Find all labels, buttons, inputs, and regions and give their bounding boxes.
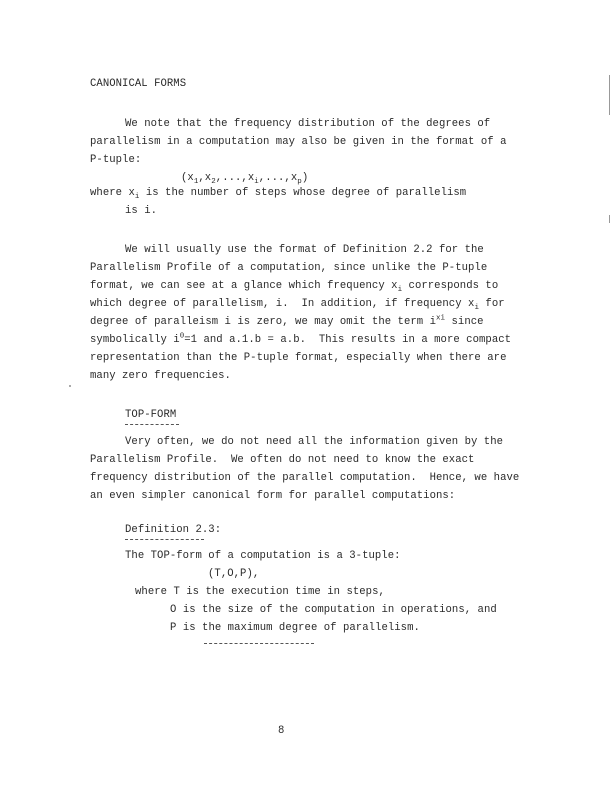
text: which degree of parallelism, i. In addit… <box>90 298 474 310</box>
top-form-tuple: (T,O,P), <box>208 568 259 580</box>
where-text-post: is the number of steps whose degree of p… <box>139 187 466 199</box>
para3-line2: Parallelism Profile. We often do not nee… <box>90 454 474 466</box>
text: degree of paralleism i is zero, we may o… <box>90 316 436 328</box>
scan-speck <box>69 385 71 387</box>
para1-where-line2: is i. <box>125 205 157 217</box>
definition-underline <box>125 539 204 540</box>
subsection-underline <box>125 424 179 425</box>
text: symbolically i <box>90 334 180 346</box>
para3-line3: frequency distribution of the parallel c… <box>90 472 519 484</box>
para2-line5: degree of paralleism i is zero, we may o… <box>90 316 484 328</box>
para3-line1: Very often, we do not need all the infor… <box>125 436 503 448</box>
definition-where3: P is the maximum degree of parallelism. <box>170 622 420 634</box>
section-title: CANONICAL FORMS <box>90 78 186 90</box>
para3-line4: an even simpler canonical form for paral… <box>90 490 455 502</box>
definition-where2: O is the size of the computation in oper… <box>170 604 497 616</box>
scan-edge-mark <box>609 75 610 115</box>
definition-where1: where T is the execution time in steps, <box>135 586 385 598</box>
para2-line2: Parallelism Profile of a computation, si… <box>90 262 487 274</box>
para1-line2: parallelism in a computation may also be… <box>90 136 506 148</box>
definition-line1: The TOP-form of a computation is a 3-tup… <box>125 550 401 562</box>
definition-title: Definition 2.3: <box>125 524 221 536</box>
para1-line3: P-tuple: <box>90 154 141 166</box>
para2-line1: We will usually use the format of Defini… <box>125 244 484 256</box>
text: corresponds to <box>402 280 498 292</box>
definition-end-rule <box>204 643 314 644</box>
p-tuple-formula: (x1,x2,...,xi,...,xp) <box>181 172 308 184</box>
page-number: 8 <box>278 725 284 737</box>
text: format, we can see at a glance which fre… <box>90 280 398 292</box>
subsection-title: TOP-FORM <box>125 409 176 421</box>
where-text-pre: where x <box>90 187 135 199</box>
text: =1 and a.1.b = a.b. This results in a mo… <box>184 334 511 346</box>
para2-line6: symbolically i0=1 and a.1.b = a.b. This … <box>90 334 511 346</box>
superscript: xi <box>436 314 445 322</box>
document-page: CANONICAL FORMS We note that the frequen… <box>0 0 612 791</box>
text: for <box>479 298 505 310</box>
scan-edge-mark <box>609 215 610 223</box>
para2-line4: which degree of parallelism, i. In addit… <box>90 298 505 310</box>
text: since <box>445 316 483 328</box>
para2-line8: many zero frequencies. <box>90 370 231 382</box>
para2-line3: format, we can see at a glance which fre… <box>90 280 498 292</box>
para1-where-line1: where xi is the number of steps whose de… <box>90 187 466 199</box>
para2-line7: representation than the P-tuple format, … <box>90 352 506 364</box>
para1-line1: We note that the frequency distribution … <box>125 118 490 130</box>
